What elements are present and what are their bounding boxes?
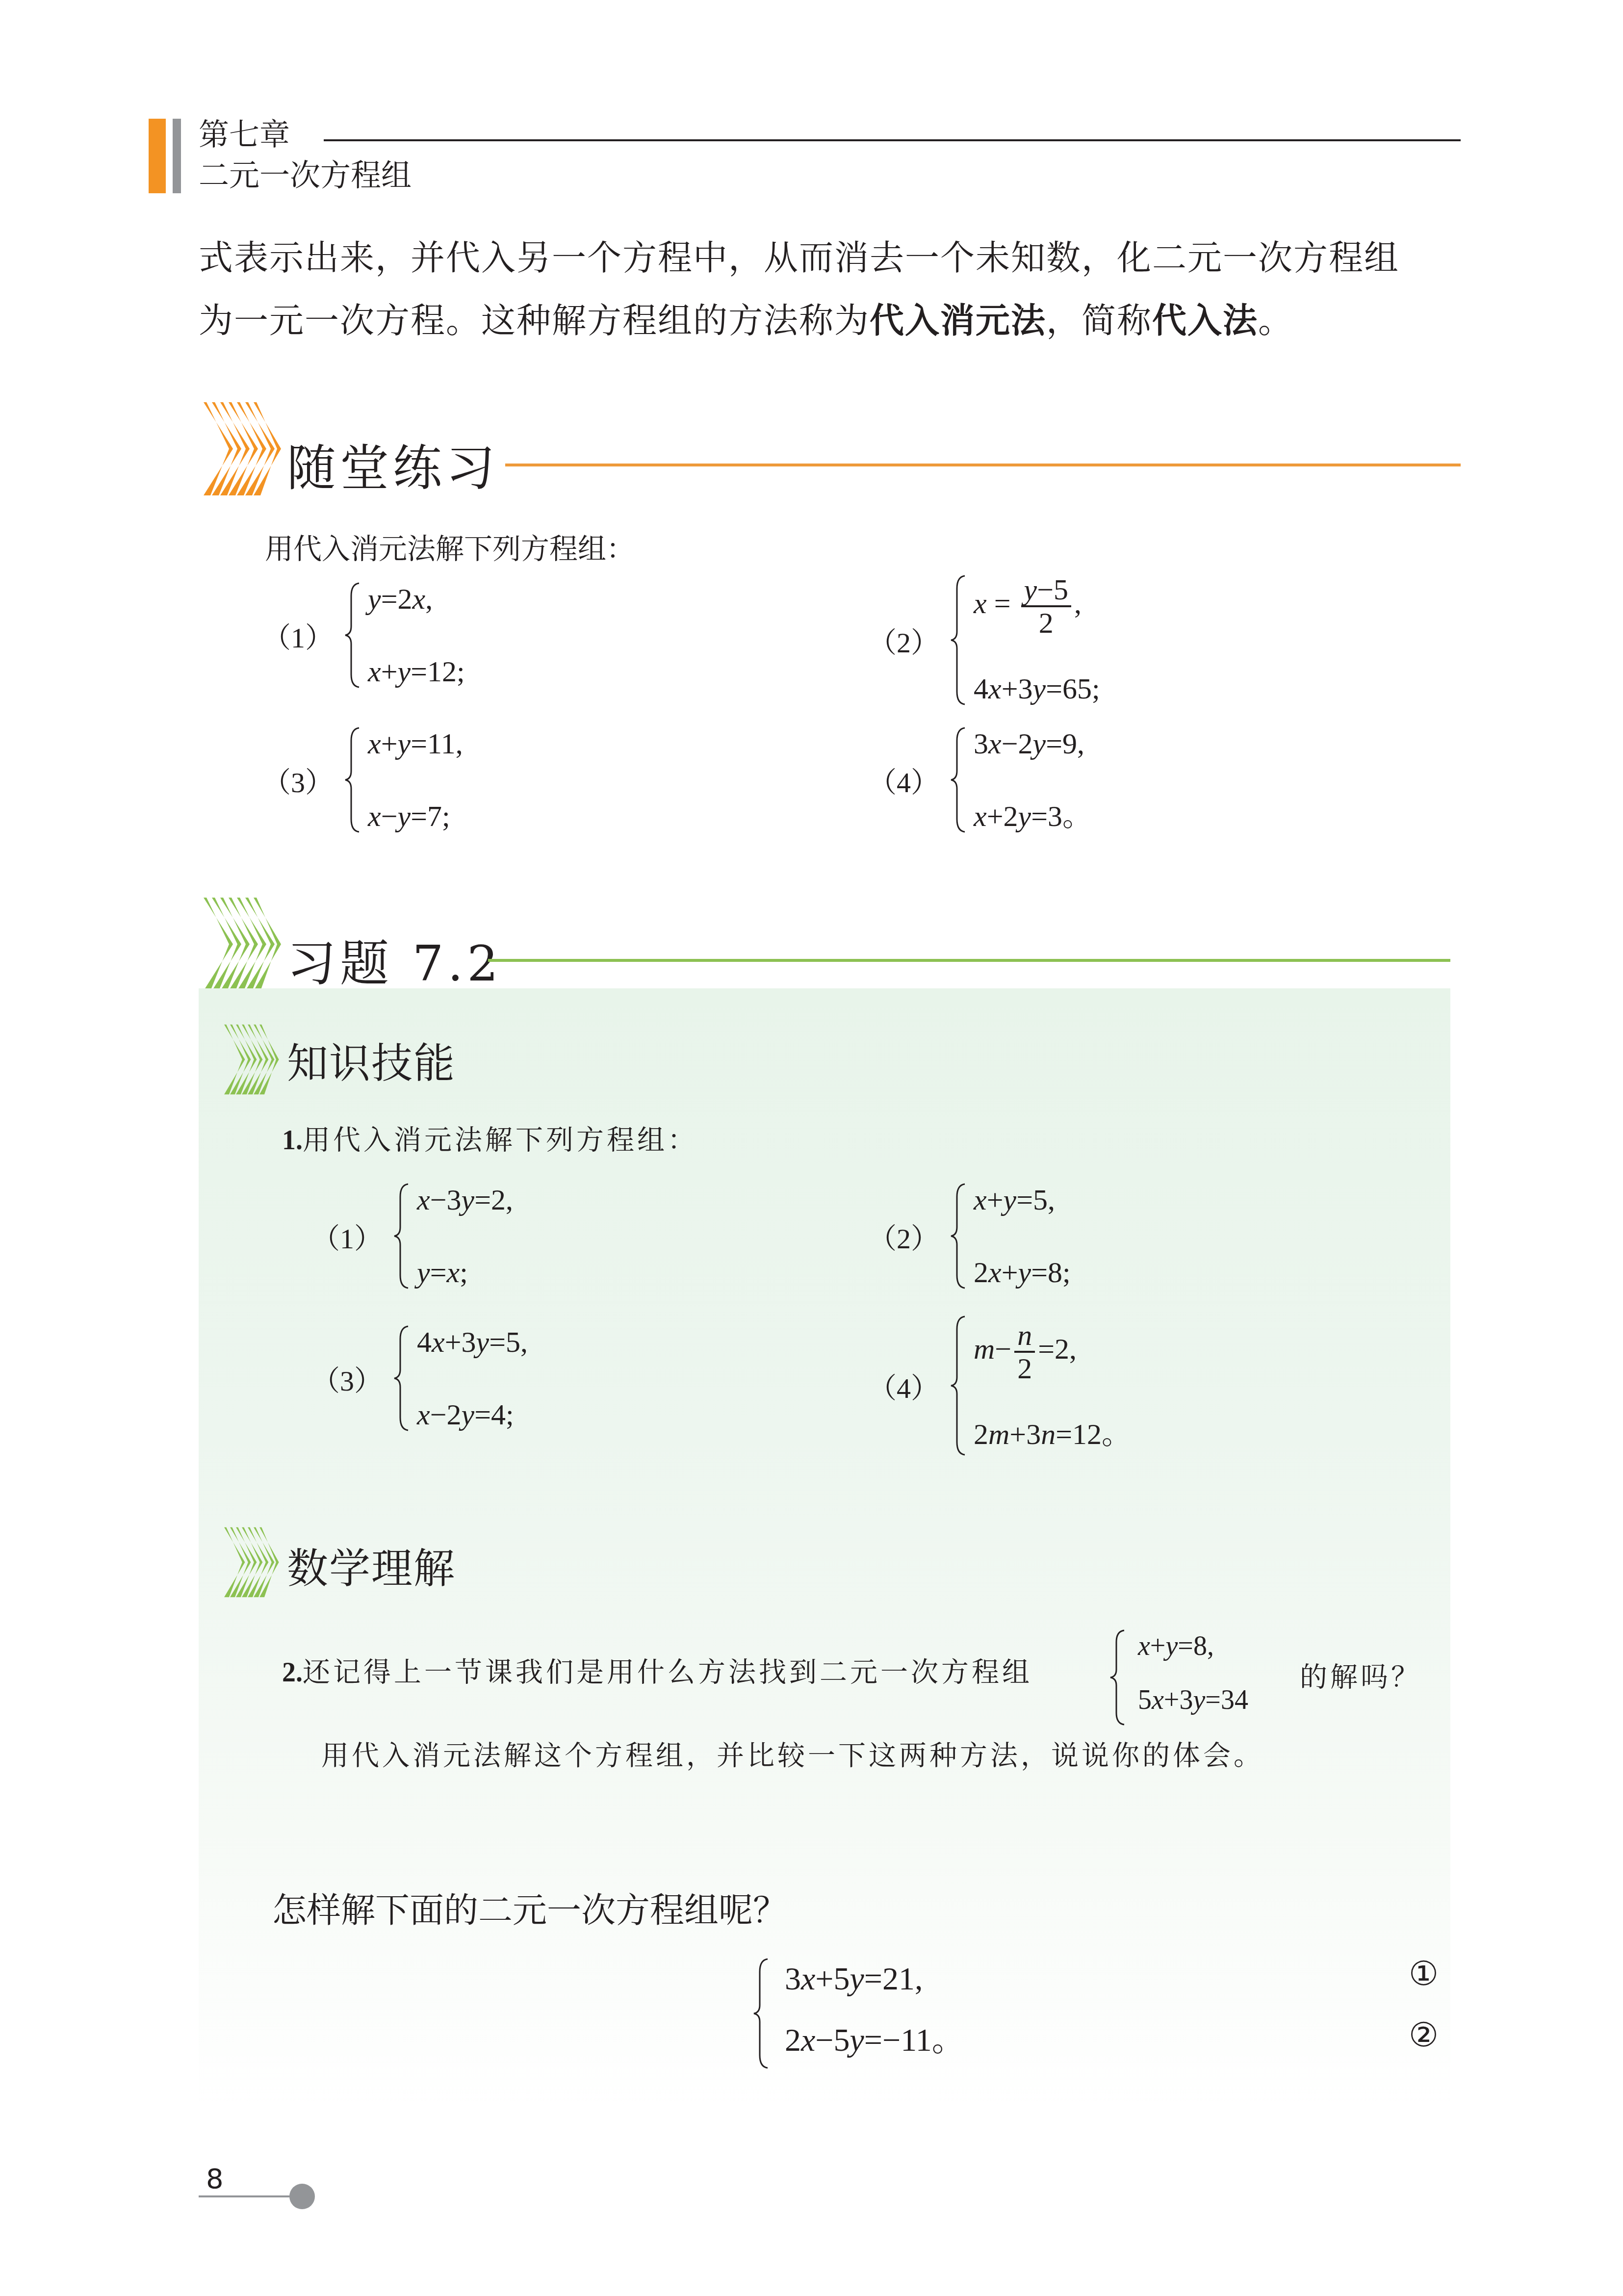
equation: m−n2=2,	[974, 1319, 1131, 1384]
page-dot-icon	[289, 2184, 315, 2209]
equation-2: 2x−5y=−11。	[785, 2021, 964, 2060]
item-label: （4）	[868, 1365, 939, 1406]
item-label: （1）	[311, 1215, 383, 1257]
equation-marker-1: ①	[1409, 1955, 1439, 1993]
term-substitution-elimination: 代入消元法	[870, 301, 1046, 341]
green-chevron-icon	[199, 895, 282, 993]
question-number: 1.	[282, 1125, 303, 1156]
item-label: （3）	[262, 759, 334, 800]
understanding-title: 数学理解	[287, 1545, 456, 1592]
left-brace-icon	[950, 1182, 967, 1290]
question-text: 用代入消元法解下列方程组：	[303, 1124, 698, 1156]
chapter-accent-bar	[149, 119, 166, 193]
left-brace-icon	[950, 726, 967, 834]
equation: x−3y=2,	[417, 1182, 513, 1217]
item-label: （2）	[868, 619, 939, 661]
equation: x−2y=4;	[417, 1397, 528, 1432]
left-brace-icon	[753, 1957, 770, 2070]
equation: x+y=5,	[974, 1182, 1071, 1217]
chapter-subtitle: 二元一次方程组	[199, 157, 412, 194]
intro-text: ，简称	[1046, 301, 1152, 341]
practice-rule	[505, 464, 1461, 466]
equation-marker-2: ②	[1409, 2016, 1439, 2055]
equation: y=x;	[417, 1255, 513, 1290]
equation: 4x+3y=5,	[417, 1324, 528, 1360]
equation: 2m+3n=12。	[974, 1417, 1131, 1452]
intro-text: 。	[1258, 301, 1293, 341]
question-text: 的解吗？	[1300, 1660, 1421, 1695]
equation: x+2y=3。	[974, 799, 1092, 834]
practice-system-4: （4） 3x−2y=9, x+2y=3。	[868, 721, 1092, 839]
left-brace-icon	[393, 1182, 410, 1290]
left-brace-icon	[344, 581, 361, 689]
item-label: （3）	[311, 1358, 383, 1399]
header-rule	[324, 139, 1461, 141]
equation-1: 3x+5y=21,	[785, 1960, 923, 1999]
green-chevron-icon	[221, 1525, 280, 1599]
equation: x−y=7;	[368, 799, 463, 834]
practice-system-1: （1） y=2x, x+y=12;	[262, 576, 465, 694]
question-2-followup: 用代入消元法解这个方程组，并比较一下这两种方法，说说你的体会。	[321, 1739, 1264, 1773]
skills-system-4: （4） m−n2=2, 2m+3n=12。	[868, 1315, 1131, 1457]
intro-line-2: 为一元一次方程。这种解方程组的方法称为代入消元法，简称代入法。	[199, 289, 1474, 352]
skills-system-3: （3） 4x+3y=5, x−2y=4;	[311, 1319, 528, 1437]
page-number-rule	[199, 2195, 297, 2197]
skills-system-1: （1） x−3y=2, y=x;	[311, 1177, 513, 1295]
equation: 5x+3y=34	[1138, 1682, 1248, 1718]
equation: y=2x,	[368, 581, 465, 617]
term-substitution: 代入法	[1152, 301, 1258, 341]
question-1: 1.用代入消元法解下列方程组：	[282, 1123, 698, 1158]
question-2: 2.还记得上一节课我们是用什么方法找到二元一次方程组	[282, 1655, 1032, 1690]
question-number: 2.	[282, 1657, 303, 1688]
page-number: 8	[206, 2163, 224, 2195]
practice-system-2: （2） x = y−52, 4x+3y=65;	[868, 574, 1100, 706]
equation: x+y=12;	[368, 654, 465, 689]
question-text: 还记得上一节课我们是用什么方法找到二元一次方程组	[303, 1656, 1032, 1688]
intro-line-1: 式表示出来，并代入另一个方程中，从而消去一个未知数，化二元一次方程组	[199, 227, 1474, 289]
practice-instruction: 用代入消元法解下列方程组：	[265, 526, 635, 567]
orange-chevron-icon	[199, 400, 282, 498]
item-label: （4）	[868, 759, 939, 800]
equation: 2x+y=8;	[974, 1255, 1071, 1290]
left-brace-icon	[950, 1315, 967, 1457]
equation: x = y−52,	[974, 574, 1100, 639]
skills-title: 知识技能	[287, 1040, 456, 1087]
chapter-gray-bar	[173, 119, 181, 193]
equation: 4x+3y=65;	[974, 671, 1100, 706]
left-brace-icon	[1109, 1628, 1126, 1727]
item-label: （2）	[868, 1215, 939, 1257]
left-brace-icon	[393, 1324, 410, 1432]
left-brace-icon	[950, 574, 967, 706]
intro-paragraph: 式表示出来，并代入另一个方程中，从而消去一个未知数，化二元一次方程组 为一元一次…	[199, 227, 1474, 352]
practice-title: 随堂练习	[287, 441, 499, 495]
chapter-label: 第七章	[199, 118, 290, 152]
item-label: （1）	[262, 615, 334, 656]
green-chevron-icon	[221, 1023, 280, 1096]
exercise-title: 习题 7.2	[287, 937, 502, 991]
equation: 3x−2y=9,	[974, 726, 1092, 761]
intro-text: 为一元一次方程。这种解方程组的方法称为	[199, 301, 870, 341]
practice-system-3: （3） x+y=11, x−y=7;	[262, 721, 463, 839]
exercise-rule	[488, 959, 1450, 962]
equation: x+y=8,	[1138, 1628, 1214, 1664]
next-question: 怎样解下面的二元一次方程组呢？	[272, 1888, 787, 1933]
left-brace-icon	[344, 726, 361, 834]
skills-system-2: （2） x+y=5, 2x+y=8;	[868, 1177, 1071, 1295]
equation: x+y=11,	[368, 726, 463, 761]
